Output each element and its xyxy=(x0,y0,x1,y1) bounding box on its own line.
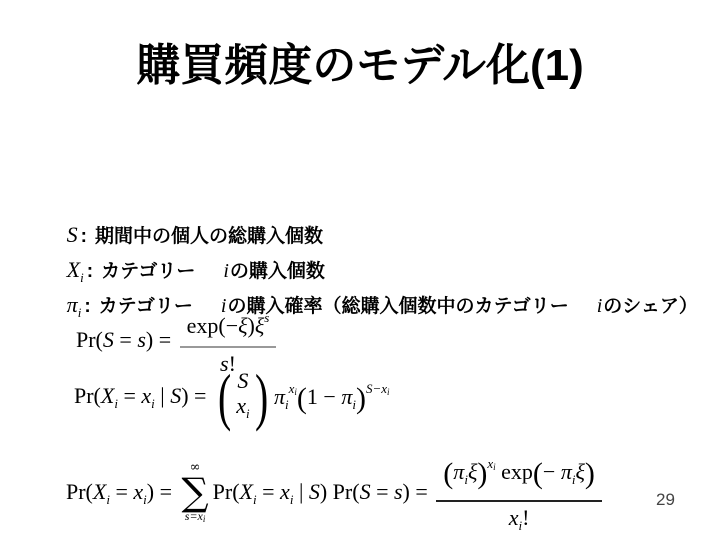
binomial-stack: S xi xyxy=(236,368,249,426)
formula-binomial: Pr(Xi = xi | S) = ( S xi ) πixi(1 − πi)S… xyxy=(74,368,390,426)
pr-token: Pr( xyxy=(76,327,103,352)
close-equals: ) = xyxy=(181,383,212,408)
binomial-coefficient: ( S xi ) xyxy=(214,368,272,426)
exponent-s: s xyxy=(264,310,269,325)
definitions-block: S:期間中の個人の総購入個数 Xi:カテゴリーiの購入個数 πi:カテゴリーiの… xyxy=(40,182,698,287)
definition-line-S: S:期間中の個人の総購入個数 xyxy=(40,182,698,217)
var-s: s xyxy=(394,479,403,504)
factorial: ! xyxy=(522,505,529,530)
definition-text-purchase-count: の購入個数 xyxy=(230,261,325,282)
var-xi: ξ xyxy=(238,313,247,338)
summation: ∞ ∑ s=xi xyxy=(182,462,209,526)
subscript-i: i xyxy=(203,514,206,524)
f2-lhs: Pr(Xi = xi | S) = xyxy=(74,383,212,412)
equals: = xyxy=(114,327,137,352)
equals: = xyxy=(371,479,394,504)
pr-token: Pr( xyxy=(213,479,240,504)
binom-bottom: xi xyxy=(236,393,249,426)
one-minus: 1 − xyxy=(307,384,341,409)
var-S: S xyxy=(67,222,78,247)
mid-close-paren: ) xyxy=(477,464,487,484)
exponent-xi: xi xyxy=(487,456,495,471)
f1-lhs: Pr(S = s) = xyxy=(76,327,177,353)
equals: = xyxy=(118,383,141,408)
var-S: S xyxy=(360,479,371,504)
close-equals: ) = xyxy=(147,479,178,504)
conditional-bar: | xyxy=(155,383,170,408)
var-X: X xyxy=(240,479,253,504)
exponent-S-minus-xi: S−xi xyxy=(366,381,390,396)
slide-canvas: 購買頻度のモデル化(1) S:期間中の個人の総購入個数 Xi:カテゴリーiの購入… xyxy=(0,0,720,540)
colon: : xyxy=(87,261,93,282)
definition-text-share: のシェア） xyxy=(603,296,698,317)
f3-middle: Pr(Xi = xi | S) Pr(S = s) = xyxy=(213,479,434,508)
exp-token: exp(− xyxy=(187,313,239,338)
minus: − xyxy=(543,459,561,484)
close-paren: ) xyxy=(320,479,333,504)
var-S: S xyxy=(103,327,114,352)
var-s: s xyxy=(137,327,146,352)
f3-lhs: Pr(Xi = xi) = xyxy=(66,479,178,508)
mid-open-paren: ( xyxy=(443,464,453,484)
var-X: X xyxy=(101,383,114,408)
f1-numerator: exp(−ξ)ξs xyxy=(180,302,277,348)
equals: = xyxy=(189,509,197,523)
big-open-paren: ( xyxy=(218,368,231,426)
sigma-symbol: ∑ xyxy=(182,474,209,510)
colon: : xyxy=(81,226,87,247)
var-pi: π xyxy=(453,459,464,484)
exp-token: exp xyxy=(496,459,533,484)
mid-close-paren: ) xyxy=(585,464,595,484)
var-i: i xyxy=(597,295,603,317)
definition-text-S: 期間中の個人の総購入個数 xyxy=(95,226,323,247)
var-x: x xyxy=(280,479,290,504)
f3-numerator: (πiξ)xi exp(− πiξ) xyxy=(436,448,602,502)
mid-close-paren: ) xyxy=(356,389,366,409)
var-x: x xyxy=(236,393,246,418)
exp-subscript-i: i xyxy=(387,387,390,397)
slide-title: 購買頻度のモデル化(1) xyxy=(0,38,720,93)
close-equals: ) = xyxy=(146,327,177,352)
equals: = xyxy=(110,479,133,504)
f3-fraction: (πiξ)xi exp(− πiξ) xi! xyxy=(436,448,602,539)
f2-rhs: πixi(1 − πi)S−xi xyxy=(274,381,390,413)
var-xi: ξ xyxy=(468,459,477,484)
var-x: x xyxy=(133,479,143,504)
var-X-subscript: i xyxy=(80,270,84,285)
subscript-i: i xyxy=(246,406,250,421)
var-x: x xyxy=(141,383,151,408)
subscript-i: i xyxy=(285,397,289,412)
equals: = xyxy=(257,479,280,504)
var-S: S xyxy=(170,383,181,408)
exponent-xi: xi xyxy=(289,381,297,396)
pr-token: Pr( xyxy=(66,479,93,504)
mid-open-paren: ( xyxy=(297,389,307,409)
binom-top-S: S xyxy=(237,368,248,393)
formula-marginal-poisson: Pr(Xi = xi) = ∞ ∑ s=xi Pr(Xi = xi | S) P… xyxy=(66,448,605,539)
close-equals: ) = xyxy=(403,479,434,504)
mid-open-paren: ( xyxy=(533,464,543,484)
page-number: 29 xyxy=(656,490,675,510)
var-pi: π xyxy=(274,384,285,409)
var-pi: π xyxy=(561,459,572,484)
f3-denominator: xi! xyxy=(509,502,530,539)
var-xi: ξ xyxy=(255,313,264,338)
pr-token: Pr( xyxy=(333,479,360,504)
big-close-paren: ) xyxy=(255,368,268,426)
var-i: i xyxy=(223,260,229,282)
exp-minus: − xyxy=(372,381,381,396)
var-pi: π xyxy=(341,384,352,409)
formula-poisson: Pr(S = s) = exp(−ξ)ξs s! xyxy=(76,302,279,377)
var-x: x xyxy=(509,505,519,530)
close-paren: ) xyxy=(248,313,255,338)
conditional-bar: | xyxy=(293,479,308,504)
var-X: X xyxy=(93,479,106,504)
var-xi: ξ xyxy=(576,459,585,484)
pr-token: Pr( xyxy=(74,383,101,408)
summation-lower-limit: s=xi xyxy=(185,510,206,526)
var-X: X xyxy=(67,257,80,282)
definition-text-category: カテゴリー xyxy=(101,261,195,282)
var-S: S xyxy=(309,479,320,504)
